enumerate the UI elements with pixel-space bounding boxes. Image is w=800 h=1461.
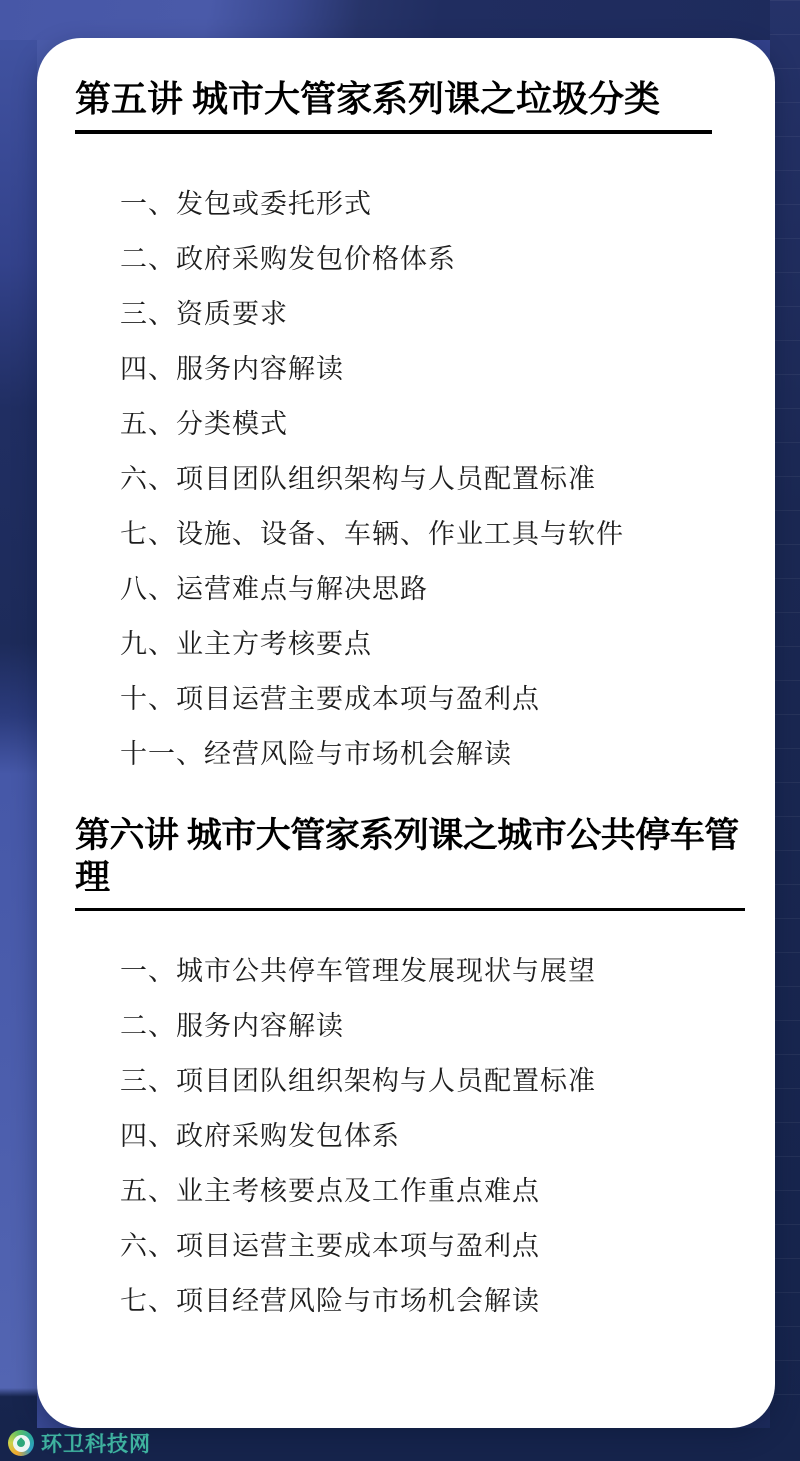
- poster: 第五讲 城市大管家系列课之垃圾分类 一、发包或委托形式二、政府采购发包价格体系三…: [0, 0, 800, 1461]
- outline-item: 五、业主考核要点及工作重点难点: [120, 1161, 745, 1216]
- outline-item: 八、运营难点与解决思路: [120, 559, 745, 614]
- title-underline: [75, 130, 712, 134]
- logo-drop-icon: [15, 1437, 26, 1448]
- logo-text: 环卫科技网: [41, 1428, 151, 1458]
- course-section: 第五讲 城市大管家系列课之垃圾分类 一、发包或委托形式二、政府采购发包价格体系三…: [37, 78, 775, 779]
- logo-ring-icon: [8, 1430, 34, 1456]
- section-title: 第六讲 城市大管家系列课之城市公共停车管理: [75, 815, 745, 899]
- outline-item: 四、政府采购发包体系: [120, 1106, 745, 1161]
- outline-list: 一、发包或委托形式二、政府采购发包价格体系三、资质要求四、服务内容解读五、分类模…: [75, 174, 745, 779]
- outline-item: 三、资质要求: [120, 284, 745, 339]
- outline-item: 一、城市公共停车管理发展现状与展望: [120, 941, 745, 996]
- content-card: 第五讲 城市大管家系列课之垃圾分类 一、发包或委托形式二、政府采购发包价格体系三…: [37, 38, 775, 1428]
- outline-item: 四、服务内容解读: [120, 339, 745, 394]
- outline-item: 七、设施、设备、车辆、作业工具与软件: [120, 504, 745, 559]
- outline-item: 五、分类模式: [120, 394, 745, 449]
- outline-item: 二、服务内容解读: [120, 996, 745, 1051]
- huanwei-tech-logo: 环卫科技网: [8, 1428, 151, 1458]
- background-top-band: [0, 0, 800, 40]
- outline-item: 十、项目运营主要成本项与盈利点: [120, 669, 745, 724]
- outline-item: 三、项目团队组织架构与人员配置标准: [120, 1051, 745, 1106]
- outline-item: 九、业主方考核要点: [120, 614, 745, 669]
- outline-item: 十一、经营风险与市场机会解读: [120, 724, 745, 779]
- outline-list: 一、城市公共停车管理发展现状与展望二、服务内容解读三、项目团队组织架构与人员配置…: [75, 941, 745, 1326]
- background-left-band: [0, 0, 37, 1461]
- section-title: 第五讲 城市大管家系列课之垃圾分类: [75, 78, 745, 121]
- outline-item: 六、项目团队组织架构与人员配置标准: [120, 449, 745, 504]
- title-underline: [75, 908, 745, 911]
- outline-item: 一、发包或委托形式: [120, 174, 745, 229]
- outline-item: 七、项目经营风险与市场机会解读: [120, 1271, 745, 1326]
- outline-item: 六、项目运营主要成本项与盈利点: [120, 1216, 745, 1271]
- outline-item: 二、政府采购发包价格体系: [120, 229, 745, 284]
- course-section: 第六讲 城市大管家系列课之城市公共停车管理 一、城市公共停车管理发展现状与展望二…: [37, 815, 775, 1326]
